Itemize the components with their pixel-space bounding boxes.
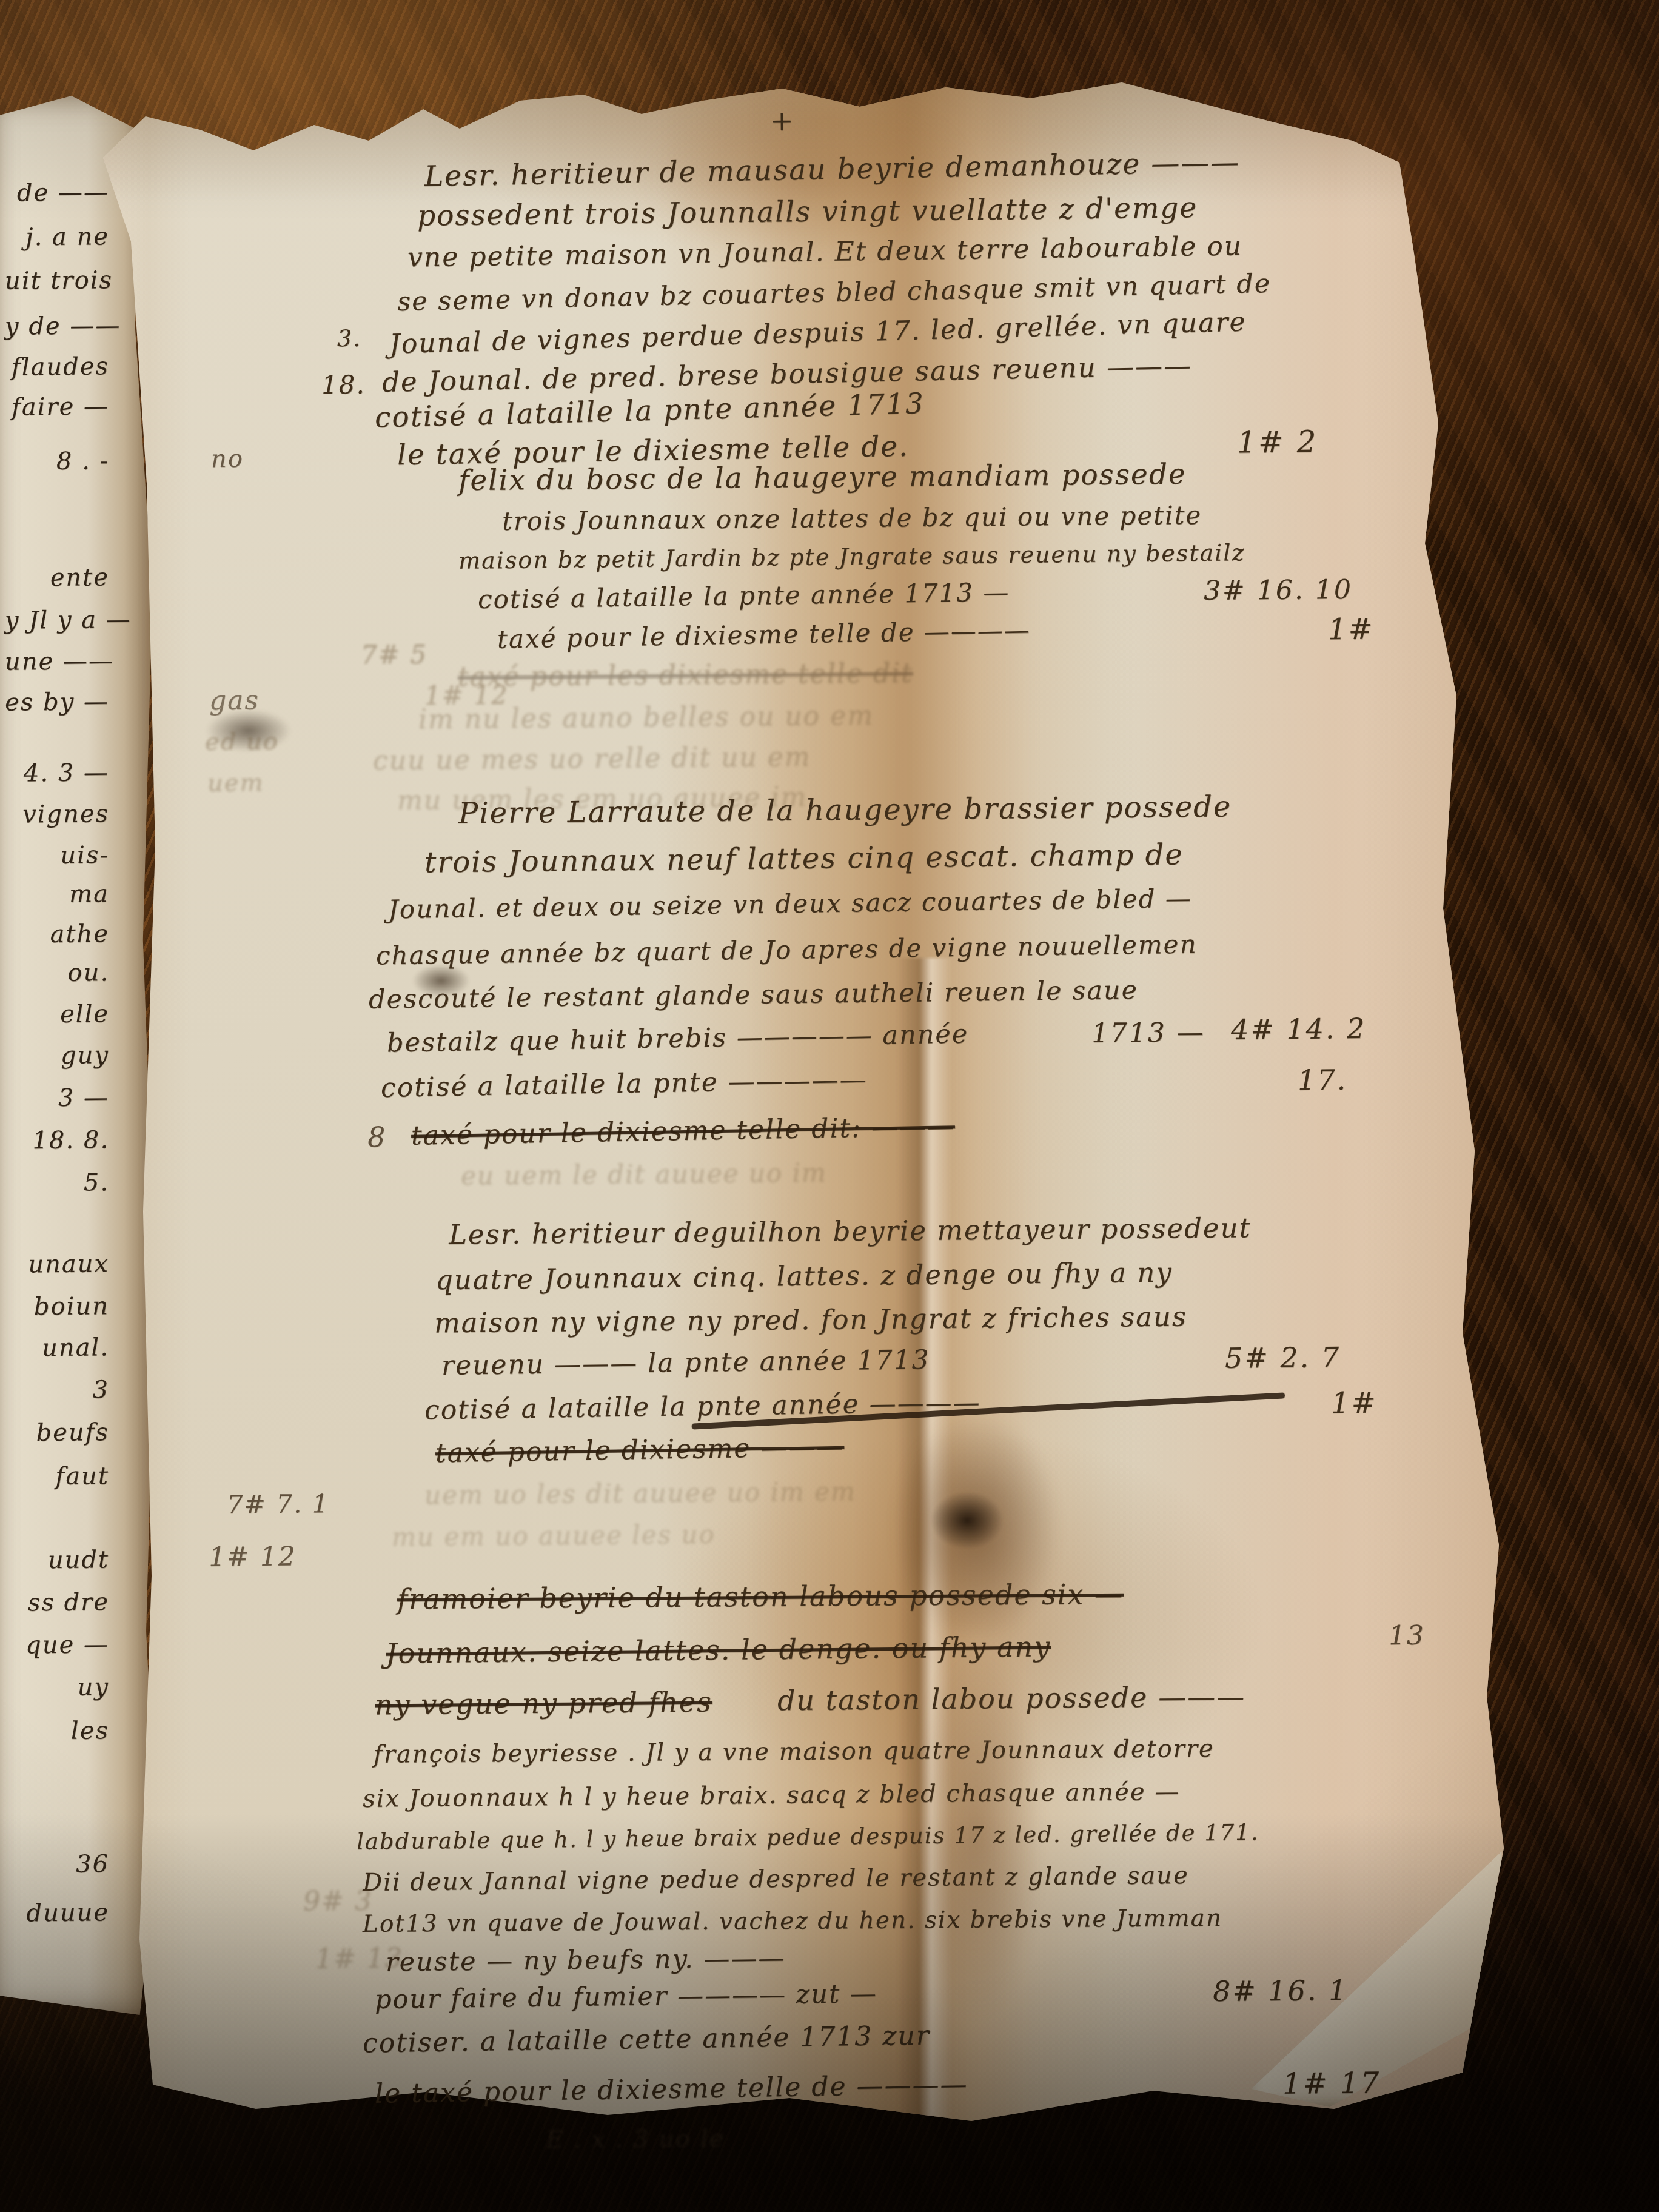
manuscript-line: cotisé a lataille la pnte —————: [381, 1064, 868, 1104]
manuscript-line: cotisé a lataille la pnte année 1713 —: [478, 577, 1010, 614]
manuscript-line: le taxé pour le dixiesme telle de ————: [375, 2069, 968, 2109]
amount-annotation: 17.: [1298, 1064, 1348, 1097]
manuscript-line: taxé pour le dixiesme telle dit: ———: [411, 1111, 956, 1151]
amount-annotation: 1713 —: [1091, 1017, 1205, 1049]
manuscript-line: bestailz que huit brebis ————— année: [387, 1019, 969, 1058]
manuscript-line: maison ny vigne ny pred. fon Jngrat z fr…: [434, 1301, 1187, 1339]
manuscript-line: Lesr. heritieur de mausau beyrie demanho…: [424, 146, 1241, 193]
bleedthrough-line: ed uo: [205, 727, 279, 756]
margin-note: gas: [209, 685, 260, 717]
manuscript-line: trois Jounnaux onze lattes de bz qui ou …: [502, 500, 1202, 536]
manuscript-line: Lot13 vn quave de Jouwal. vachez du hen.…: [363, 1905, 1222, 1938]
manuscript-line: taxé pour le dixiesme telle de ————: [497, 615, 1031, 654]
manuscript-line: reuenu ——— la pnte année 1713: [441, 1344, 930, 1381]
manuscript-line: labdurable que h. l y heue braix pedue d…: [357, 1819, 1259, 1855]
manuscript-line: chasque année bz quart de Jo apres de vi…: [376, 930, 1198, 971]
bleedthrough-line: 1# 13: [315, 1943, 403, 1974]
manuscript-line: ny vegue ny pred fhes: [375, 1686, 712, 1721]
amount-annotation: 1# 2: [1237, 424, 1318, 460]
margin-note: no: [211, 445, 244, 473]
manuscript-line: reuste — ny beufs ny. ———: [386, 1943, 786, 1978]
margin-note: 3.: [337, 325, 362, 352]
bleedthrough-line: cuu ue mes uo relle dit uu em: [373, 742, 811, 776]
bleedthrough-line: 7# 5: [361, 640, 427, 670]
amount-annotation: 4# 14. 2: [1231, 1012, 1367, 1046]
margin-note: +: [770, 104, 795, 137]
margin-note: 7# 7. 1: [227, 1489, 330, 1519]
manuscript-line: Lesr. heritieur deguilhon beyrie mettaye…: [449, 1212, 1252, 1251]
bleedthrough-line: mu em uo auuee les uo: [392, 1520, 716, 1552]
manuscript-line: françois beyriesse . Jl y a vne maison q…: [374, 1735, 1215, 1769]
manuscript-line: pour faire du fumier ———— zut —: [375, 1979, 878, 2015]
manuscript-line: Jounal. et deux ou seize vn deux sacz co…: [388, 883, 1192, 925]
bleedthrough-line: taxé pour les dixiesme telle dit: [458, 658, 913, 693]
amount-annotation: 1# 17: [1282, 2066, 1381, 2100]
margin-note: 8: [367, 1121, 387, 1153]
manuscript-line: felix du bosc de la haugeyre mandiam pos…: [458, 458, 1187, 497]
manuscript-line: taxé pour le dixiesme ———: [435, 1432, 845, 1469]
manuscript-line: possedent trois Jounnalls vingt vuellatt…: [417, 191, 1198, 232]
margin-note: 18.: [321, 370, 366, 400]
amount-annotation: 1#: [1328, 612, 1375, 647]
margin-note: 13: [1389, 1620, 1425, 1652]
manuscript-line: du taston labou possede ———: [777, 1680, 1245, 1717]
manuscript-line: Jounnaux. seize lattes. le denge. ou fhy…: [386, 1630, 1051, 1669]
manuscript-line: cotisé a lataille la pnte année ————: [424, 1387, 981, 1426]
margin-note: 1# 12: [209, 1541, 297, 1572]
manuscript-line: descouté le restant glande saus autheli …: [369, 975, 1139, 1015]
manuscript-line: Pierre Larraute de la haugeyre brassier …: [458, 789, 1232, 830]
bleedthrough-line: uem uo les dit auuee uo im em: [424, 1476, 856, 1510]
bleedthrough-line: 9# 3: [303, 1885, 373, 1917]
bleedthrough-line: eu uem le dit auuee uo im: [461, 1158, 827, 1190]
manuscript-line: quatre Jounnaux cinq. lattes. z denge ou…: [435, 1256, 1173, 1296]
bleedthrough-line: uem: [207, 769, 264, 797]
manuscript-line: trois Jounnaux neuf lattes cinq escat. c…: [424, 837, 1184, 879]
bleedthrough-line: 1# 12: [424, 680, 509, 710]
bleedthrough-line: E . x . 3 uo le: [546, 2125, 725, 2154]
manuscript-line: six Jouonnaux h l y heue braix. sacq z b…: [363, 1778, 1181, 1813]
amount-annotation: 8# 16. 1: [1213, 1974, 1349, 2008]
manuscript-text-layer: +Lesr. heritieur de mausau beyrie demanh…: [0, 0, 1659, 2212]
manuscript-line: maison bz petit Jardin bz pte Jngrate sa…: [458, 539, 1245, 574]
amount-annotation: 1#: [1331, 1386, 1378, 1421]
amount-annotation: 5# 2. 7: [1225, 1341, 1341, 1375]
manuscript-line: Dii deux Jannal vigne pedue despred le r…: [363, 1862, 1189, 1897]
manuscript-line: cotiser. a lataille cette année 1713 zur: [363, 2020, 931, 2059]
amount-annotation: 3# 16. 10: [1204, 574, 1353, 606]
manuscript-line: vne petite maison vn Jounal. Et deux ter…: [407, 230, 1243, 273]
manuscript-line: framoier beyrie du taston labous possede…: [397, 1578, 1124, 1615]
